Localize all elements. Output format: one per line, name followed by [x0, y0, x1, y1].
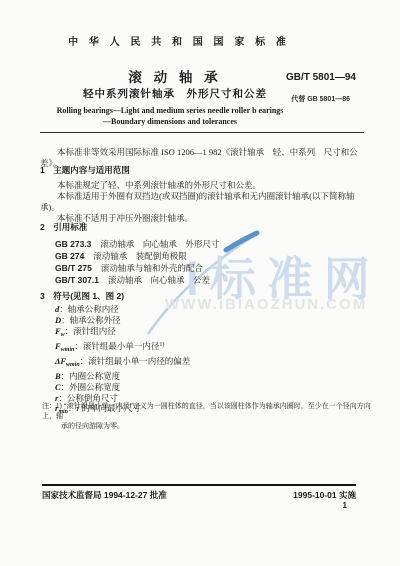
reference-title: 滚动轴承 向心轴承 公差	[108, 275, 210, 285]
symbol-item: Fw：滚针组内径	[55, 326, 190, 341]
symbol-item: C：外圈公称宽度	[55, 382, 190, 393]
footnote-line2: 承的径向游隙为零。	[61, 421, 374, 431]
reference-item: GB 274滚动轴承 装配倒角极限	[55, 250, 219, 262]
document-title-en-line2: —Boundary dimensions and tolerances	[40, 117, 300, 126]
paragraph: 本标准规定了轻、中系列滚针轴承的外形尺寸和公差。	[40, 180, 372, 191]
symbol-item: ΔFwmin：滚针组最小单一内径的偏差	[55, 356, 190, 371]
watermark-url-text: WWW.iBIAOZHUN.COM	[165, 296, 367, 313]
symbol-item: B：内圈公称宽度	[55, 371, 190, 382]
paragraph: 本标准适用于外圈有双挡边(或双挡圈)的滚针轴承和无内圈滚针轴承(以下简称轴承)。	[40, 191, 372, 213]
document-subtitle-cn: 轻中系列滚针轴承 外形尺寸和公差	[40, 86, 310, 101]
reference-title: 滚动轴承 装配倒角极限	[93, 251, 187, 261]
section1-heading: 1 主题内容与适用范围	[40, 164, 130, 176]
approval-authority-date: 国家技术监督局 1994-12-27 批准	[42, 489, 167, 501]
symbol-description: ：滚针组内径	[65, 326, 116, 336]
document-title-en-line1: Rolling bearings—Light and medium series…	[40, 106, 300, 115]
symbol-description: ：轴承公称内径	[59, 304, 119, 314]
reference-code: GB/T 307.1	[55, 275, 99, 285]
section3-heading: 3 符号(见图 1、图 2)	[40, 290, 124, 302]
symbol-description: ：滚针组最小单一内径的偏差	[80, 356, 191, 366]
national-standard-header: 中 华 人 民 共 和 国 国 家 标 准	[40, 33, 318, 48]
reference-item: GB/T 307.1滚动轴承 向心轴承 公差	[55, 274, 219, 286]
reference-list: GB 273.3滚动轴承 向心轴承 外形尺寸 GB 274滚动轴承 装配倒角极限…	[55, 238, 219, 286]
standard-document-page: { "document": { "national_header": "中 华 …	[0, 0, 400, 566]
symbol-description: ：内圈公称宽度	[61, 371, 121, 381]
section2-heading: 2 引用标准	[40, 221, 87, 233]
page-number: 1	[343, 501, 347, 510]
symbol-description: ：滚针组最小单一内径	[74, 341, 159, 351]
symbol-letter: ΔF	[55, 356, 66, 366]
reference-item: GB/T 275滚动轴承与轴和外壳的配合	[55, 262, 219, 274]
symbol-item: D：轴承公称外径	[55, 315, 190, 326]
header-divider	[40, 132, 364, 133]
symbol-description: ：轴承公称外径	[61, 315, 121, 325]
section1-paragraphs: 本标准规定了轻、中系列滚针轴承的外形尺寸和公差。 本标准适用于外圈有双挡边(或双…	[40, 180, 372, 224]
reference-code: GB 273.3	[55, 239, 91, 249]
footer-divider	[42, 484, 356, 486]
document-title-cn: 滚 动 轴 承	[40, 66, 310, 86]
reference-title: 滚动轴承 向心轴承 外形尺寸	[100, 239, 219, 249]
symbol-subscript: wmin	[66, 362, 80, 368]
symbol-footnote-ref: 1)	[159, 342, 164, 348]
reference-code: GB 274	[55, 251, 84, 261]
implementation-date: 1995-10-01 实施	[293, 489, 356, 501]
symbol-description: ：外圈公称宽度	[61, 382, 121, 392]
paragraph: 本标准不适用于冲压外圈滚针轴承。	[40, 213, 372, 224]
replaces-standard: 代替 GB 5801—86	[291, 94, 350, 104]
symbol-subscript: wmin	[61, 347, 75, 353]
reference-code: GB/T 275	[55, 263, 92, 273]
footnote: 注：1) “滚针组最小单一内径”定义为一圆柱体的直径，当以该圆柱体作为轴承内圈时…	[42, 401, 374, 431]
symbol-item: Fwmin：滚针组最小单一内径1)	[55, 340, 190, 356]
symbol-item: d：轴承公称内径	[55, 304, 190, 315]
footnote-line1: 注：1) “滚针组最小单一内径”定义为一圆柱体的直径，当以该圆柱体作为轴承内圈时…	[42, 401, 374, 421]
reference-item: GB 273.3滚动轴承 向心轴承 外形尺寸	[55, 238, 219, 250]
reference-title: 滚动轴承与轴和外壳的配合	[101, 263, 203, 273]
standard-number: GB/T 5801—94	[286, 72, 356, 83]
